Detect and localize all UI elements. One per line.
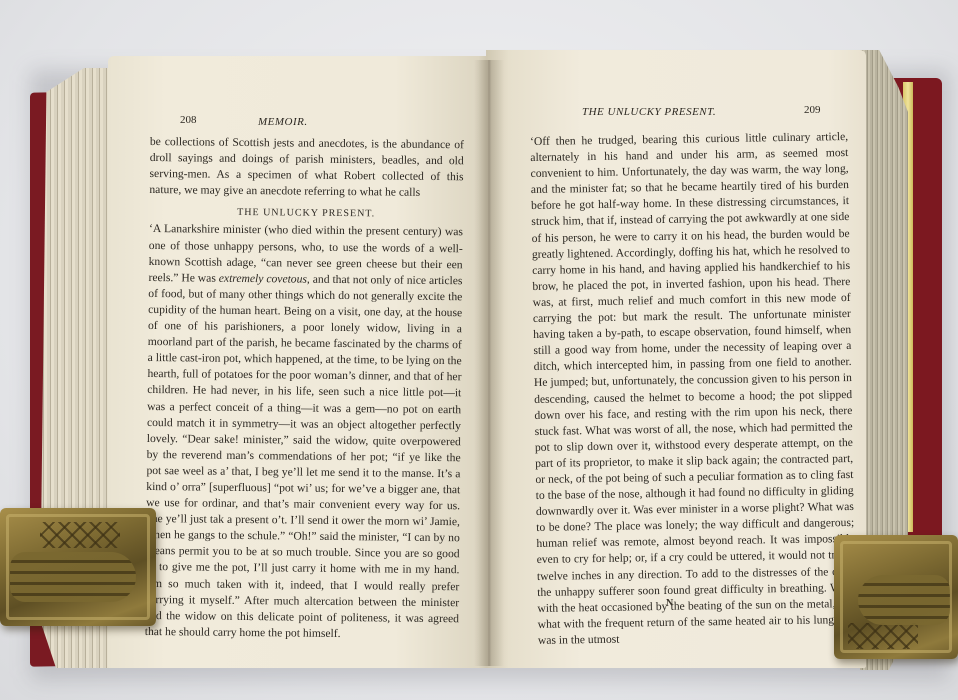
- running-head: THE UNLUCKY PRESENT.: [582, 106, 716, 118]
- hand-icon: [10, 552, 136, 602]
- brass-hand-page-weight-right: [834, 535, 958, 659]
- hand-icon: [858, 575, 950, 625]
- right-page: THE UNLUCKY PRESENT. 209 ‘Off then he tr…: [486, 50, 866, 668]
- paragraph: ‘Off then he trudged, bearing this curio…: [530, 129, 856, 649]
- page-number: 209: [804, 104, 821, 116]
- page-body: ‘Off then he trudged, bearing this curio…: [530, 129, 856, 649]
- lattice-cuff-icon: [40, 522, 120, 548]
- paragraph-text: , and that not only of nice articles of …: [145, 272, 463, 639]
- paragraph: ‘A Lanarkshire minister (who died within…: [145, 221, 463, 643]
- left-page: 208 MEMOIR. be collections of Scottish j…: [108, 56, 490, 668]
- italic-text: extremely covetous: [219, 271, 307, 285]
- brass-hand-page-weight-left: [0, 508, 156, 626]
- page-body: be collections of Scottish jests and ane…: [145, 134, 464, 643]
- page-number: 208: [180, 114, 197, 126]
- paragraph: be collections of Scottish jests and ane…: [149, 134, 464, 202]
- signature-mark: N: [666, 598, 673, 609]
- lattice-cuff-icon: [848, 623, 918, 649]
- running-head: MEMOIR.: [258, 116, 308, 128]
- section-title: THE UNLUCKY PRESENT.: [149, 204, 463, 223]
